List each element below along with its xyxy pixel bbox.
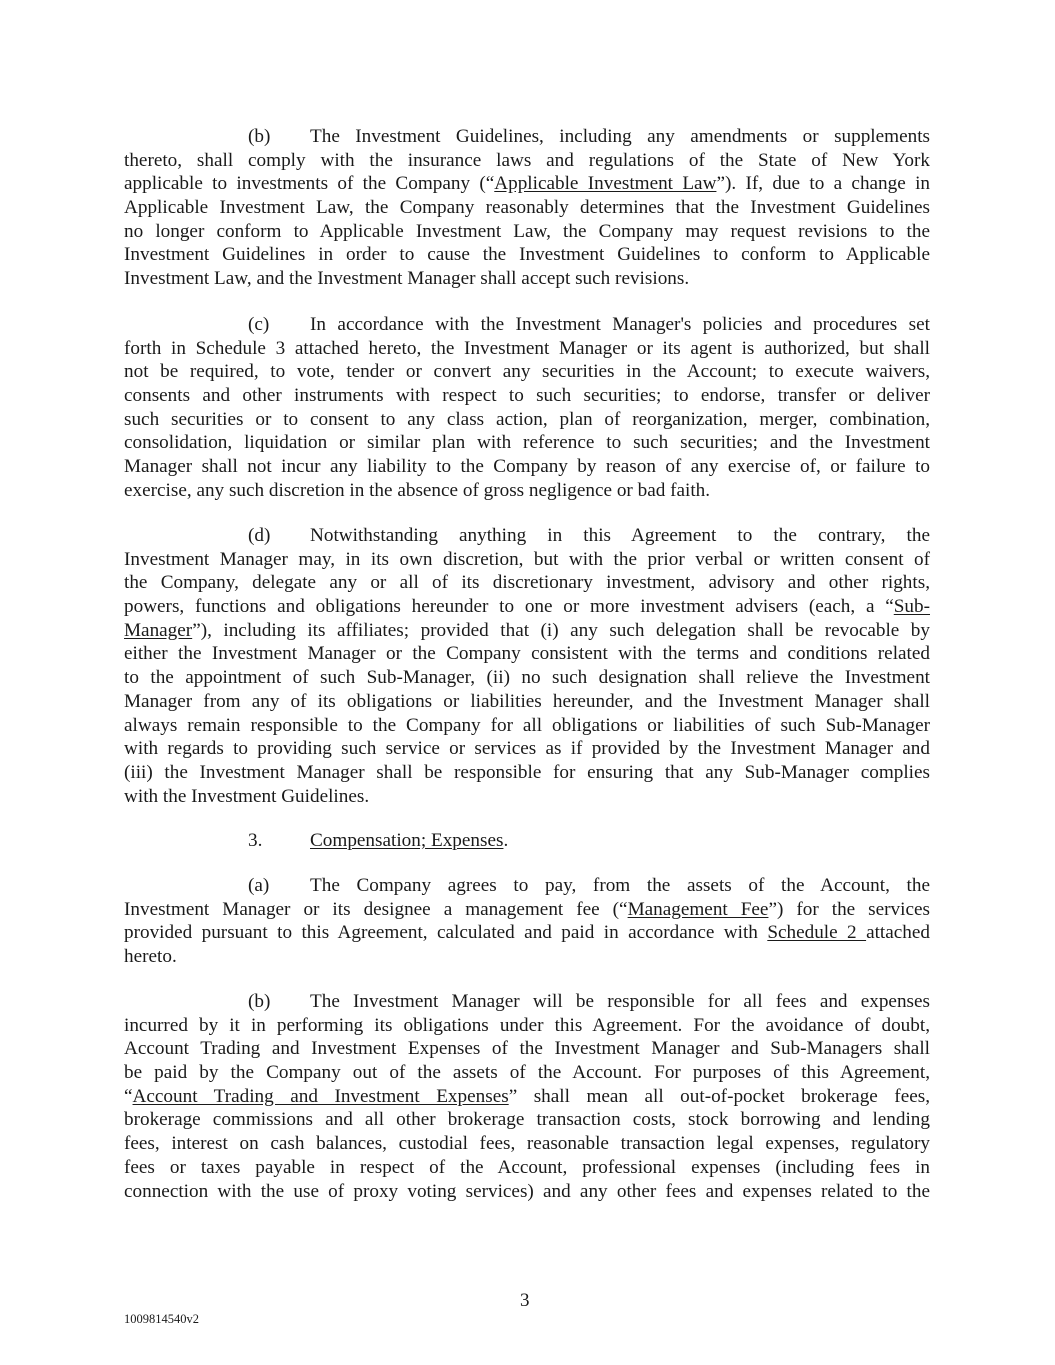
defined-term-applicable-investment-law: Applicable Investment Law [494, 173, 716, 194]
reference-schedule-2: Schedule 2 [767, 922, 866, 943]
defined-term-management-fee: Management Fee [628, 899, 769, 920]
paragraph-2c-voting-policies: (c)In accordance with the Investment Man… [124, 313, 930, 503]
paragraph-label: (c) [248, 313, 310, 337]
section-number: 3. [248, 829, 310, 853]
paragraph-label: (b) [248, 990, 310, 1014]
paragraph-2d-sub-manager-delegation: (d)Notwithstanding anything in this Agre… [124, 524, 930, 808]
document-id: 1009814540v2 [124, 1312, 199, 1327]
defined-term-sub-manager-cont: Manager [124, 620, 192, 641]
paragraph-3b-expenses: (b)The Investment Manager will be respon… [124, 990, 930, 1203]
document-page: (b)The Investment Guidelines, including … [0, 0, 1055, 1365]
defined-term-account-trading-expenses: Account Trading and Investment Expenses [133, 1086, 509, 1107]
paragraph-label: (d) [248, 524, 310, 548]
paragraph-label: (b) [248, 125, 310, 149]
paragraph-label: (a) [248, 874, 310, 898]
defined-term-sub-manager: Sub- [894, 596, 930, 617]
section-3-heading: 3.Compensation; Expenses. [248, 829, 508, 853]
paragraph-2b-investment-guidelines: (b)The Investment Guidelines, including … [124, 125, 930, 291]
page-number: 3 [520, 1290, 530, 1312]
section-title: Compensation; Expenses [310, 830, 503, 851]
paragraph-3a-management-fee: (a)The Company agrees to pay, from the a… [124, 874, 930, 969]
